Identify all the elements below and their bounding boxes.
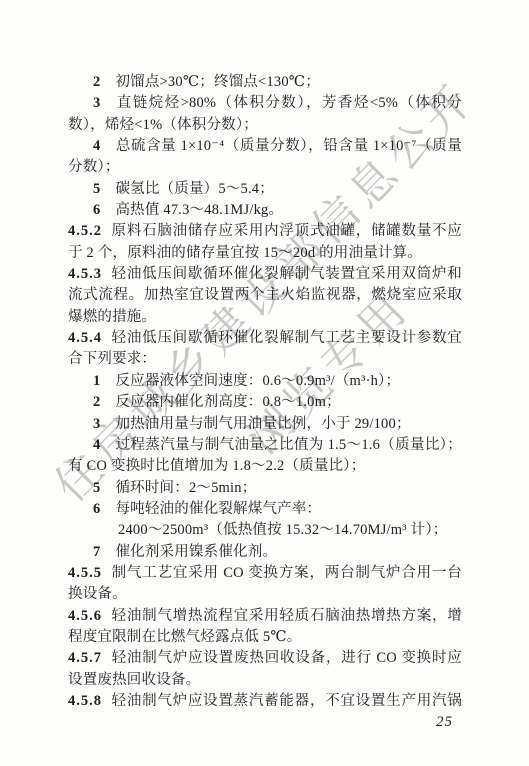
text-line: 5碳氢比（质量）5～5.4； [68, 179, 462, 200]
section-paragraph-line: 4.5.6轻油制气增热流程宜采用轻质石脑油热增热方案，增热 [68, 606, 462, 627]
line-text: 数），烯烃<1%（体积分数）； [68, 117, 258, 133]
line-text: 轻油低压间歇循环催化裂解制气装置宜采用双筒炉和顺 [68, 266, 462, 285]
item-number: 5 [93, 181, 100, 197]
line-text: 碳氢比（质量）5～5.4； [115, 181, 273, 197]
line-text: 轻油制气炉应设置蒸汽蓄能器，不宜设置生产用汽锅炉。 [68, 693, 462, 712]
line-text: 每吨轻油的催化裂解煤气产率： [115, 501, 321, 517]
section-paragraph-line: 4.5.4轻油低压间歇循环催化裂解制气工艺主要设计参数宜符 [68, 328, 462, 349]
text-line: 4过程蒸汽量与制气油量之比值为 1.5～1.6（质量比）； [68, 435, 462, 456]
text-line: 程度宜限制在比燃气烃露点低 5℃。 [68, 627, 462, 648]
section-paragraph-line: 4.5.2原料石脑油储存应采用内浮顶式油罐，储罐数量不应少 [68, 221, 462, 242]
line-text: 循环时间：2～5min； [115, 480, 256, 496]
section-number: 4.5.4 [68, 330, 102, 346]
text-line: 有 CO 变换时比值增加为 1.8～2.2（质量比）； [68, 456, 462, 477]
item-number: 5 [93, 480, 100, 496]
line-text: 设置废热回收设备。 [68, 672, 200, 688]
section-paragraph-line: 4.5.5制气工艺宜采用 CO 变换方案，两台制气炉合用一台变 [68, 563, 462, 584]
line-text: 轻油低压间歇循环催化裂解制气工艺主要设计参数宜符 [68, 330, 462, 349]
document-text-block: 2初馏点>30℃；终馏点<130℃；3直链烷烃>80%（体积分数），芳香烃<5%… [68, 72, 462, 712]
line-text: 原料石脑油储存应采用内浮顶式油罐，储罐数量不应少 [68, 223, 462, 242]
line-text: 催化剂采用镍系催化剂。 [115, 544, 277, 560]
text-line: 合下列要求： [68, 349, 462, 370]
text-line: 于 2 个，原料油的储存量宜按 15～20d 的用油量计算。 [68, 243, 462, 264]
text-line: 7催化剂采用镍系催化剂。 [68, 542, 462, 563]
text-line: 1反应器液体空间速度：0.6～0.9m³/（m³·h）； [68, 371, 462, 392]
section-number: 4.5.2 [68, 223, 102, 239]
section-paragraph-line: 4.5.7轻油制气炉应设置废热回收设备，进行 CO 变换时应另 [68, 648, 462, 669]
document-page: 住房城乡建设部信息公开 浏览专用 2初馏点>30℃；终馏点<130℃；3直链烷烃… [0, 0, 529, 766]
item-number: 4 [93, 437, 100, 453]
text-line: 3加热油用量与制气用油量比例，小于 29/100； [68, 414, 462, 435]
text-line: 6高热值 47.3～48.1MJ/kg。 [68, 200, 462, 221]
line-text: 直链烷烃>80%（体积分数），芳香烃<5%（体积分 [115, 95, 462, 111]
line-text: 爆燃的措施。 [68, 309, 156, 325]
line-text: 反应器内催化剂高度：0.8～1.0m； [115, 394, 340, 410]
line-text: 加热油用量与制气用油量比例，小于 29/100； [115, 416, 410, 432]
page-number: 25 [436, 714, 453, 731]
text-line: 4总硫含量 1×10⁻⁴（质量分数），铅含量 1×10⁻⁷（质量 [68, 136, 462, 157]
text-line: 2400～2500m³（低热值按 15.32～14.70MJ/m³ 计）； [68, 520, 462, 541]
text-line: 5循环时间：2～5min； [68, 478, 462, 499]
section-paragraph-line: 4.5.8轻油制气炉应设置蒸汽蓄能器，不宜设置生产用汽锅炉。 [68, 691, 462, 712]
line-text: 高热值 47.3～48.1MJ/kg。 [115, 202, 283, 218]
section-number: 4.5.7 [68, 650, 102, 666]
line-text: 合下列要求： [68, 351, 156, 367]
item-number: 1 [93, 373, 100, 389]
text-line: 2初馏点>30℃；终馏点<130℃； [68, 72, 462, 93]
item-number: 2 [93, 74, 100, 90]
text-line: 3直链烷烃>80%（体积分数），芳香烃<5%（体积分 [68, 93, 462, 114]
line-text: 轻油制气炉应设置废热回收设备，进行 CO 变换时应另 [68, 650, 462, 669]
line-text: 总硫含量 1×10⁻⁴（质量分数），铅含量 1×10⁻⁷（质量 [115, 138, 462, 154]
line-text: 程度宜限制在比燃气烃露点低 5℃。 [68, 629, 302, 645]
text-line: 数），烯烃<1%（体积分数）； [68, 115, 462, 136]
line-text: 反应器液体空间速度：0.6～0.9m³/（m³·h）； [115, 373, 400, 389]
item-number: 6 [93, 501, 100, 517]
item-number: 3 [93, 95, 100, 111]
item-number: 7 [93, 544, 100, 560]
text-line: 6每吨轻油的催化裂解煤气产率： [68, 499, 462, 520]
text-line: 设置废热回收设备。 [68, 670, 462, 691]
line-text: 轻油制气增热流程宜采用轻质石脑油热增热方案，增热 [68, 608, 462, 627]
line-text: 过程蒸汽量与制气油量之比值为 1.5～1.6（质量比）； [115, 437, 462, 453]
line-text: 有 CO 变换时比值增加为 1.8～2.2（质量比）； [68, 458, 365, 474]
section-number: 4.5.3 [68, 266, 102, 282]
line-text: 流式流程。加热室宜设置两个主火焰监视器，燃烧室应采取防止 [68, 287, 462, 306]
section-number: 4.5.8 [68, 693, 102, 709]
text-line: 爆燃的措施。 [68, 307, 462, 328]
text-line: 流式流程。加热室宜设置两个主火焰监视器，燃烧室应采取防止 [68, 285, 462, 306]
line-text: 初馏点>30℃；终馏点<130℃； [115, 74, 319, 90]
item-number: 6 [93, 202, 100, 218]
line-text: 于 2 个，原料油的储存量宜按 15～20d 的用油量计算。 [68, 245, 422, 261]
item-number: 3 [93, 416, 100, 432]
item-number: 2 [93, 394, 100, 410]
line-text: 制气工艺宜采用 CO 变换方案，两台制气炉合用一台变 [68, 565, 462, 584]
text-line: 2反应器内催化剂高度：0.8～1.0m； [68, 392, 462, 413]
text-line: 换设备。 [68, 584, 462, 605]
line-text: 2400～2500m³（低热值按 15.32～14.70MJ/m³ 计）； [118, 522, 447, 538]
section-paragraph-line: 4.5.3轻油低压间歇循环催化裂解制气装置宜采用双筒炉和顺 [68, 264, 462, 285]
item-number: 4 [93, 138, 100, 154]
line-text: 换设备。 [68, 586, 127, 602]
section-number: 4.5.5 [68, 565, 102, 581]
text-line: 分数）； [68, 157, 462, 178]
section-number: 4.5.6 [68, 608, 102, 624]
line-text: 分数）； [68, 159, 120, 175]
